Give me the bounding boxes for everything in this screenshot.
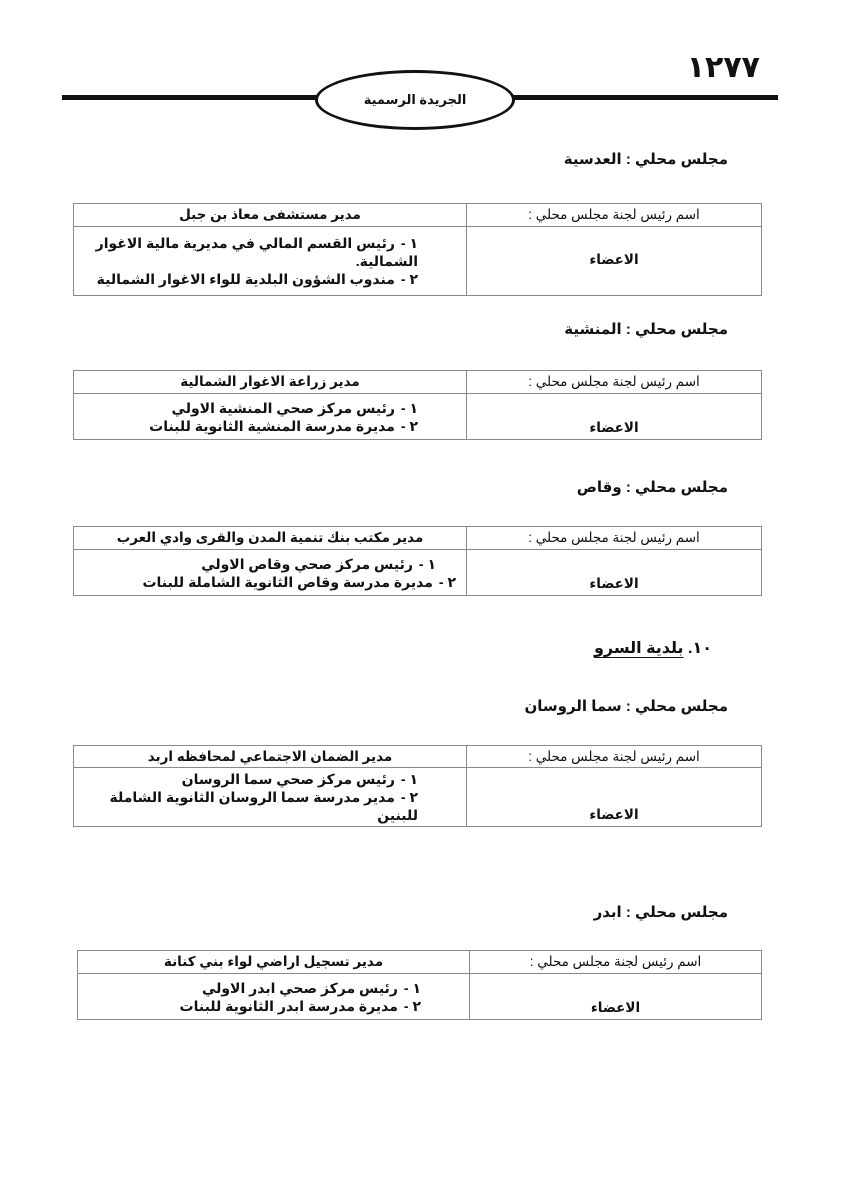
members-list: ١ -رئيس مركز صحي المنشية الاولي ٢ -مديرة… [74,394,467,440]
members-list: ١ -رئيس مركز صحي سما الروسان ٢ -مدير مدر… [74,768,467,827]
council-table: اسم رئيس لجنة مجلس محلي : مدير مستشفى مع… [73,203,762,296]
council-table: اسم رئيس لجنة مجلس محلي : مدير الضمان ال… [73,745,762,827]
head-label: اسم رئيس لجنة مجلس محلي : [467,746,762,768]
council-table: اسم رئيس لجنة مجلس محلي : مدير زراعة الا… [73,370,762,440]
council-members-row: الاعضاء ١ -رئيس مركز صحي سما الروسان ٢ -… [74,768,762,827]
members-list: ١ -رئيس مركز صحي وقاص الاولي ٢ -مديرة مد… [74,550,467,596]
member-item: ١ -رئيس مركز صحي وقاص الاولي [84,555,456,573]
section-title: ١٠. بلدية السرو [594,638,712,658]
members-label: الاعضاء [467,550,762,596]
council-table: اسم رئيس لجنة مجلس محلي : مدير تسجيل ارا… [77,950,762,1020]
section-number: ١٠. [688,640,712,657]
council-head-row: اسم رئيس لجنة مجلس محلي : مدير تسجيل ارا… [78,951,762,974]
member-item: ٢ -مندوب الشؤون البلدية للواء الاغوار ال… [84,270,418,288]
section-name: بلدية السرو [594,640,684,657]
council-table: اسم رئيس لجنة مجلس محلي : مدير مكتب بنك … [73,526,762,596]
council-head-row: اسم رئيس لجنة مجلس محلي : مدير زراعة الا… [74,371,762,394]
member-item: ٢ -مديرة مدرسة المنشية الثانوية للبنات [84,417,418,435]
council-heading: مجلس محلي : سما الروسان [524,697,728,715]
member-item: ٢ -مدير مدرسة سما الروسان الثانوية الشام… [84,788,418,824]
members-label: الاعضاء [470,974,762,1020]
publication-title: الجريدة الرسمية [364,92,467,108]
council-heading: مجلس محلي : ابدر [594,903,728,921]
council-head-value: مدير زراعة الاغوار الشمالية [74,371,467,394]
council-heading: مجلس محلي : العدسية [564,150,728,168]
member-item: ٢ -مديرة مدرسة وقاص الثانوية الشاملة للب… [84,573,456,591]
member-item: ٢ -مديرة مدرسة ابدر الثانوية للبنات [88,997,421,1015]
council-head-value: مدير تسجيل اراضي لواء بني كنانة [78,951,470,974]
head-label: اسم رئيس لجنة مجلس محلي : [467,527,762,550]
member-item: ١ -رئيس القسم المالي في مديرية مالية الا… [84,234,418,270]
council-members-row: الاعضاء ١ -رئيس مركز صحي ابدر الاولي ٢ -… [78,974,762,1020]
member-item: ١ -رئيس مركز صحي سما الروسان [84,770,418,788]
head-label: اسم رئيس لجنة مجلس محلي : [467,204,762,227]
council-members-row: الاعضاء ١ -رئيس القسم المالي في مديرية م… [74,227,762,296]
council-members-row: الاعضاء ١ -رئيس مركز صحي المنشية الاولي … [74,394,762,440]
council-heading: مجلس محلي : وقاص [577,478,728,496]
members-list: ١ -رئيس مركز صحي ابدر الاولي ٢ -مديرة مد… [78,974,470,1020]
members-label: الاعضاء [467,768,762,827]
council-heading: مجلس محلي : المنشية [564,320,728,338]
members-list: ١ -رئيس القسم المالي في مديرية مالية الا… [74,227,467,296]
member-item: ١ -رئيس مركز صحي المنشية الاولي [84,399,418,417]
council-head-row: اسم رئيس لجنة مجلس محلي : مدير مستشفى مع… [74,204,762,227]
head-label: اسم رئيس لجنة مجلس محلي : [467,371,762,394]
council-head-row: اسم رئيس لجنة مجلس محلي : مدير مكتب بنك … [74,527,762,550]
council-members-row: الاعضاء ١ -رئيس مركز صحي وقاص الاولي ٢ -… [74,550,762,596]
council-head-value: مدير مستشفى معاذ بن جبل [74,204,467,227]
members-label: الاعضاء [467,394,762,440]
council-head-value: مدير مكتب بنك تنمية المدن والقرى وادي ال… [74,527,467,550]
head-label: اسم رئيس لجنة مجلس محلي : [470,951,762,974]
members-label: الاعضاء [467,227,762,296]
page-number: ١٢٧٧ [680,50,760,85]
council-head-value: مدير الضمان الاجتماعي لمحافظه اربد [74,746,467,768]
member-item: ١ -رئيس مركز صحي ابدر الاولي [88,979,421,997]
council-head-row: اسم رئيس لجنة مجلس محلي : مدير الضمان ال… [74,746,762,768]
publication-title-oval: الجريدة الرسمية [315,70,515,130]
